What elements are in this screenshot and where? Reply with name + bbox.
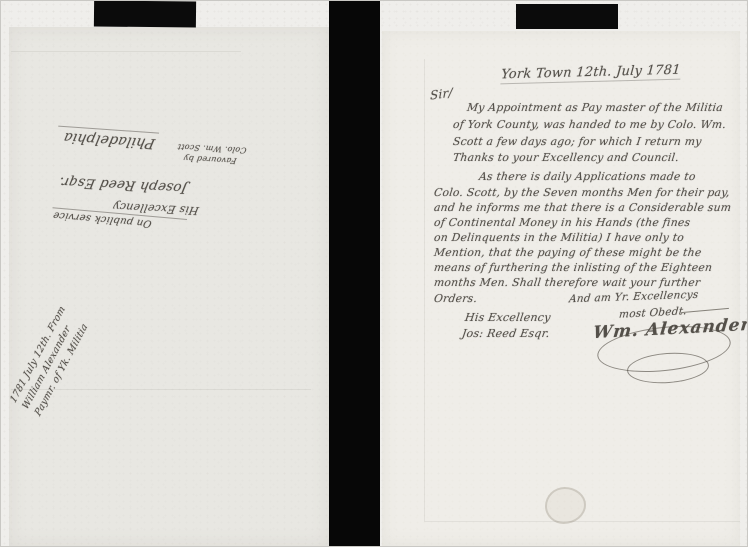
letter-line: means of furthering the inlisting of the… — [433, 261, 713, 274]
letter-line: and he informs me that there is a Consid… — [433, 201, 732, 214]
letter-line: Mention, that the paying of these might … — [433, 246, 702, 259]
letter-line: months Men. Shall therefore wait your fu… — [433, 276, 701, 289]
fold-line — [424, 59, 425, 521]
letter-line: Scott a few days ago; for which I return… — [452, 135, 702, 148]
fold-line — [11, 51, 241, 52]
address-leaf-page — [9, 27, 329, 546]
film-tab-right — [516, 4, 618, 29]
film-tab-left — [94, 0, 196, 27]
fold-line — [424, 521, 740, 522]
carrier-note: Favoured by Colo. Wm. Scott — [169, 141, 253, 167]
document-scan: York Town 12th. July 1781 Sir/ My Appoin… — [0, 0, 748, 547]
film-gutter-strip — [329, 1, 380, 547]
addressee-line: His Excellency — [464, 311, 551, 324]
letter-line: As there is daily Applications made to — [478, 170, 696, 183]
carrier-note-line: Favoured by — [183, 154, 237, 166]
letter-line: Colo. Scott, by the Seven months Men for… — [433, 186, 731, 199]
letter-line: My Appointment as Pay master of the Mili… — [466, 101, 724, 114]
letter-line: Orders. — [433, 292, 478, 305]
letter-line: of Continental Money in his Hands (the f… — [433, 216, 691, 229]
letter-line: on Delinquents in the Militia) I have on… — [433, 231, 685, 244]
addressee-line: Jos: Reed Esqr. — [461, 327, 551, 340]
letter-line: of York County, was handed to me by Colo… — [452, 118, 727, 131]
letter-line: Thanks to your Excellency and Council. — [452, 151, 680, 164]
